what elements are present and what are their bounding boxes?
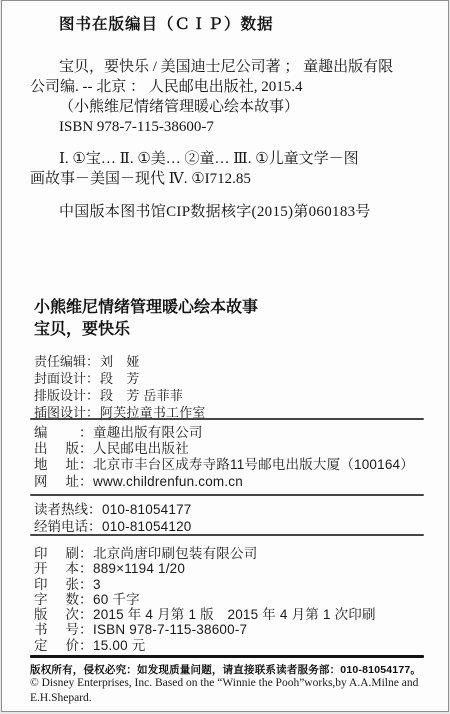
divider-thick [30,655,424,658]
contact-label: 经销电话 [34,519,88,536]
copyright-page: 图书在版编目（ＣＩＰ）数据 宝贝，要快乐 / 美国迪士尼公司著 ； 童趣出版有限… [1,0,449,712]
colon: ： [79,561,93,576]
printing-value: 889×1194 1/20 [93,561,185,576]
printing-label: 书号 [34,622,79,637]
cip-class-line1: Ⅰ. ①宝… Ⅱ. ①美… ②童… Ⅲ. ①儿童文学－图 [59,149,426,169]
colon: ： [79,457,93,473]
colon: ： [79,441,93,457]
printing-row: 开本：889×1194 1/20 [34,561,426,576]
publisher-row: 地址：北京市丰台区成寿寺路11号邮电出版大厦（100164） [34,457,426,473]
divider [30,534,424,536]
contact-row: 读者热线：010-81054177 [34,502,426,519]
publisher-row: 编：童趣出版有限公司 [34,425,426,441]
contact-block: 读者热线：010-81054177 经销电话：010-81054120 [34,502,426,535]
colon: ： [86,387,100,404]
printing-value: 15.00 元 [93,638,145,653]
printing-row: 印刷：北京尚唐印刷包装有限公司 [34,546,426,561]
cip-block: 图书在版编目（ＣＩＰ）数据 宝贝，要快乐 / 美国迪士尼公司著 ； 童趣出版有限… [30,15,426,222]
colon: ： [86,370,100,387]
title-block: 小熊维尼情绪管理暖心绘本故事 宝贝，要快乐 [34,297,258,341]
contact-value: 010-81054120 [102,519,191,534]
colon: ： [88,502,102,519]
publisher-value: 人民邮电出版社 [93,441,189,456]
credit-value: 段 芳 [100,371,140,386]
printing-row: 版次：2015 年 4 月第 1 版 2015 年 4 月第 1 次印刷 [34,607,426,622]
printing-value: 2015 年 4 月第 1 版 2015 年 4 月第 1 次印刷 [93,607,376,622]
cip-record-number: 中国版本图书馆CIP数据核字(2015)第060183号 [59,202,426,222]
colon: ： [79,546,93,561]
book-title: 宝贝，要快乐 [34,319,258,341]
publisher-label: 出版 [34,441,79,457]
cip-entry-line1: 宝贝，要快乐 / 美国迪士尼公司著 ； 童趣出版有限 [59,57,426,77]
printing-label: 版次 [34,607,79,622]
cip-series-note: （小熊维尼情绪管理暖心绘本故事） [59,97,426,117]
credit-value: 刘 娅 [100,354,140,369]
colon: ： [86,353,100,370]
publisher-value: 童趣出版有限公司 [93,425,203,440]
printing-value: 北京尚唐印刷包装有限公司 [93,546,257,561]
colon: ： [79,577,93,592]
printing-label: 定价 [34,638,79,653]
credits-block: 责任编辑：刘 娅 封面设计：段 芳 排版设计：段 芳 岳菲菲 插图设计：阿芙拉童… [34,353,426,421]
divider [30,418,424,420]
publisher-label: 编 [34,425,79,441]
colon: ： [79,474,93,490]
cip-entry: 宝贝，要快乐 / 美国迪士尼公司著 ； 童趣出版有限 公司编. -- 北京 ： … [30,57,426,137]
publisher-label: 网址 [34,474,79,490]
printing-value: 3 [93,577,101,592]
publisher-value: www.childrenfun.com.cn [93,474,243,489]
printing-value: 60 千字 [93,592,140,607]
credit-row: 封面设计：段 芳 [34,370,426,387]
colon: ： [79,592,93,607]
cip-isbn: ISBN 978-7-115-38600-7 [59,117,426,137]
cip-heading: 图书在版编目（ＣＩＰ）数据 [59,15,426,35]
cip-entry-line2: 公司编. -- 北京 ： 人民邮电出版社, 2015.4 [30,77,426,97]
divider [30,494,424,496]
printing-block: 印刷：北京尚唐印刷包装有限公司 开本：889×1194 1/20 印张：3 字数… [34,546,426,653]
credit-label: 封面设计 [34,370,86,387]
printing-label: 字数 [34,592,79,607]
copyright-line2: E.H.Shepard. [30,691,428,706]
credit-label: 责任编辑 [34,353,86,370]
printing-label: 开本 [34,561,79,576]
cip-class-line2: 画故事－美国－现代 Ⅳ. ①I712.85 [30,169,426,189]
printing-row: 印张：3 [34,577,426,592]
colon: ： [79,607,93,622]
series-title: 小熊维尼情绪管理暖心绘本故事 [34,297,258,319]
colon: ： [79,638,93,653]
publisher-block: 编：童趣出版有限公司 出版：人民邮电出版社 地址：北京市丰台区成寿寺路11号邮电… [34,425,426,490]
publisher-row: 网址：www.childrenfun.com.cn [34,474,426,490]
printing-label: 印张 [34,577,79,592]
printing-row: 定价：15.00 元 [34,638,426,653]
publisher-value: 北京市丰台区成寿寺路11号邮电出版大厦（100164） [93,457,414,472]
colon: ： [79,425,93,441]
contact-value: 010-81054177 [102,502,191,517]
publisher-label: 地址 [34,457,79,473]
credit-label: 排版设计 [34,387,86,404]
colon: ： [79,622,93,637]
cip-classification: Ⅰ. ①宝… Ⅱ. ①美… ②童… Ⅲ. ①儿童文学－图 画故事－美国－现代 Ⅳ… [30,149,426,189]
credit-value: 段 芳 岳菲菲 [100,388,183,403]
colon: ： [88,519,102,536]
printing-row: 字数：60 千字 [34,592,426,607]
printing-row: 书号：ISBN 978-7-115-38600-7 [34,622,426,637]
printing-label: 印刷 [34,546,79,561]
copyright-line1: © Disney Enterprises, Inc. Based on the … [30,676,428,691]
contact-row: 经销电话：010-81054120 [34,519,426,536]
contact-label: 读者热线 [34,502,88,519]
disney-copyright: © Disney Enterprises, Inc. Based on the … [30,676,428,706]
credit-row: 排版设计：段 芳 岳菲菲 [34,387,426,404]
credit-row: 责任编辑：刘 娅 [34,353,426,370]
printing-value: ISBN 978-7-115-38600-7 [93,622,247,637]
rights-notice: 版权所有，侵权必究：如发现质量问题，请直接联系读者服务部：010-8105417… [30,662,428,677]
publisher-row: 出版：人民邮电出版社 [34,441,426,457]
